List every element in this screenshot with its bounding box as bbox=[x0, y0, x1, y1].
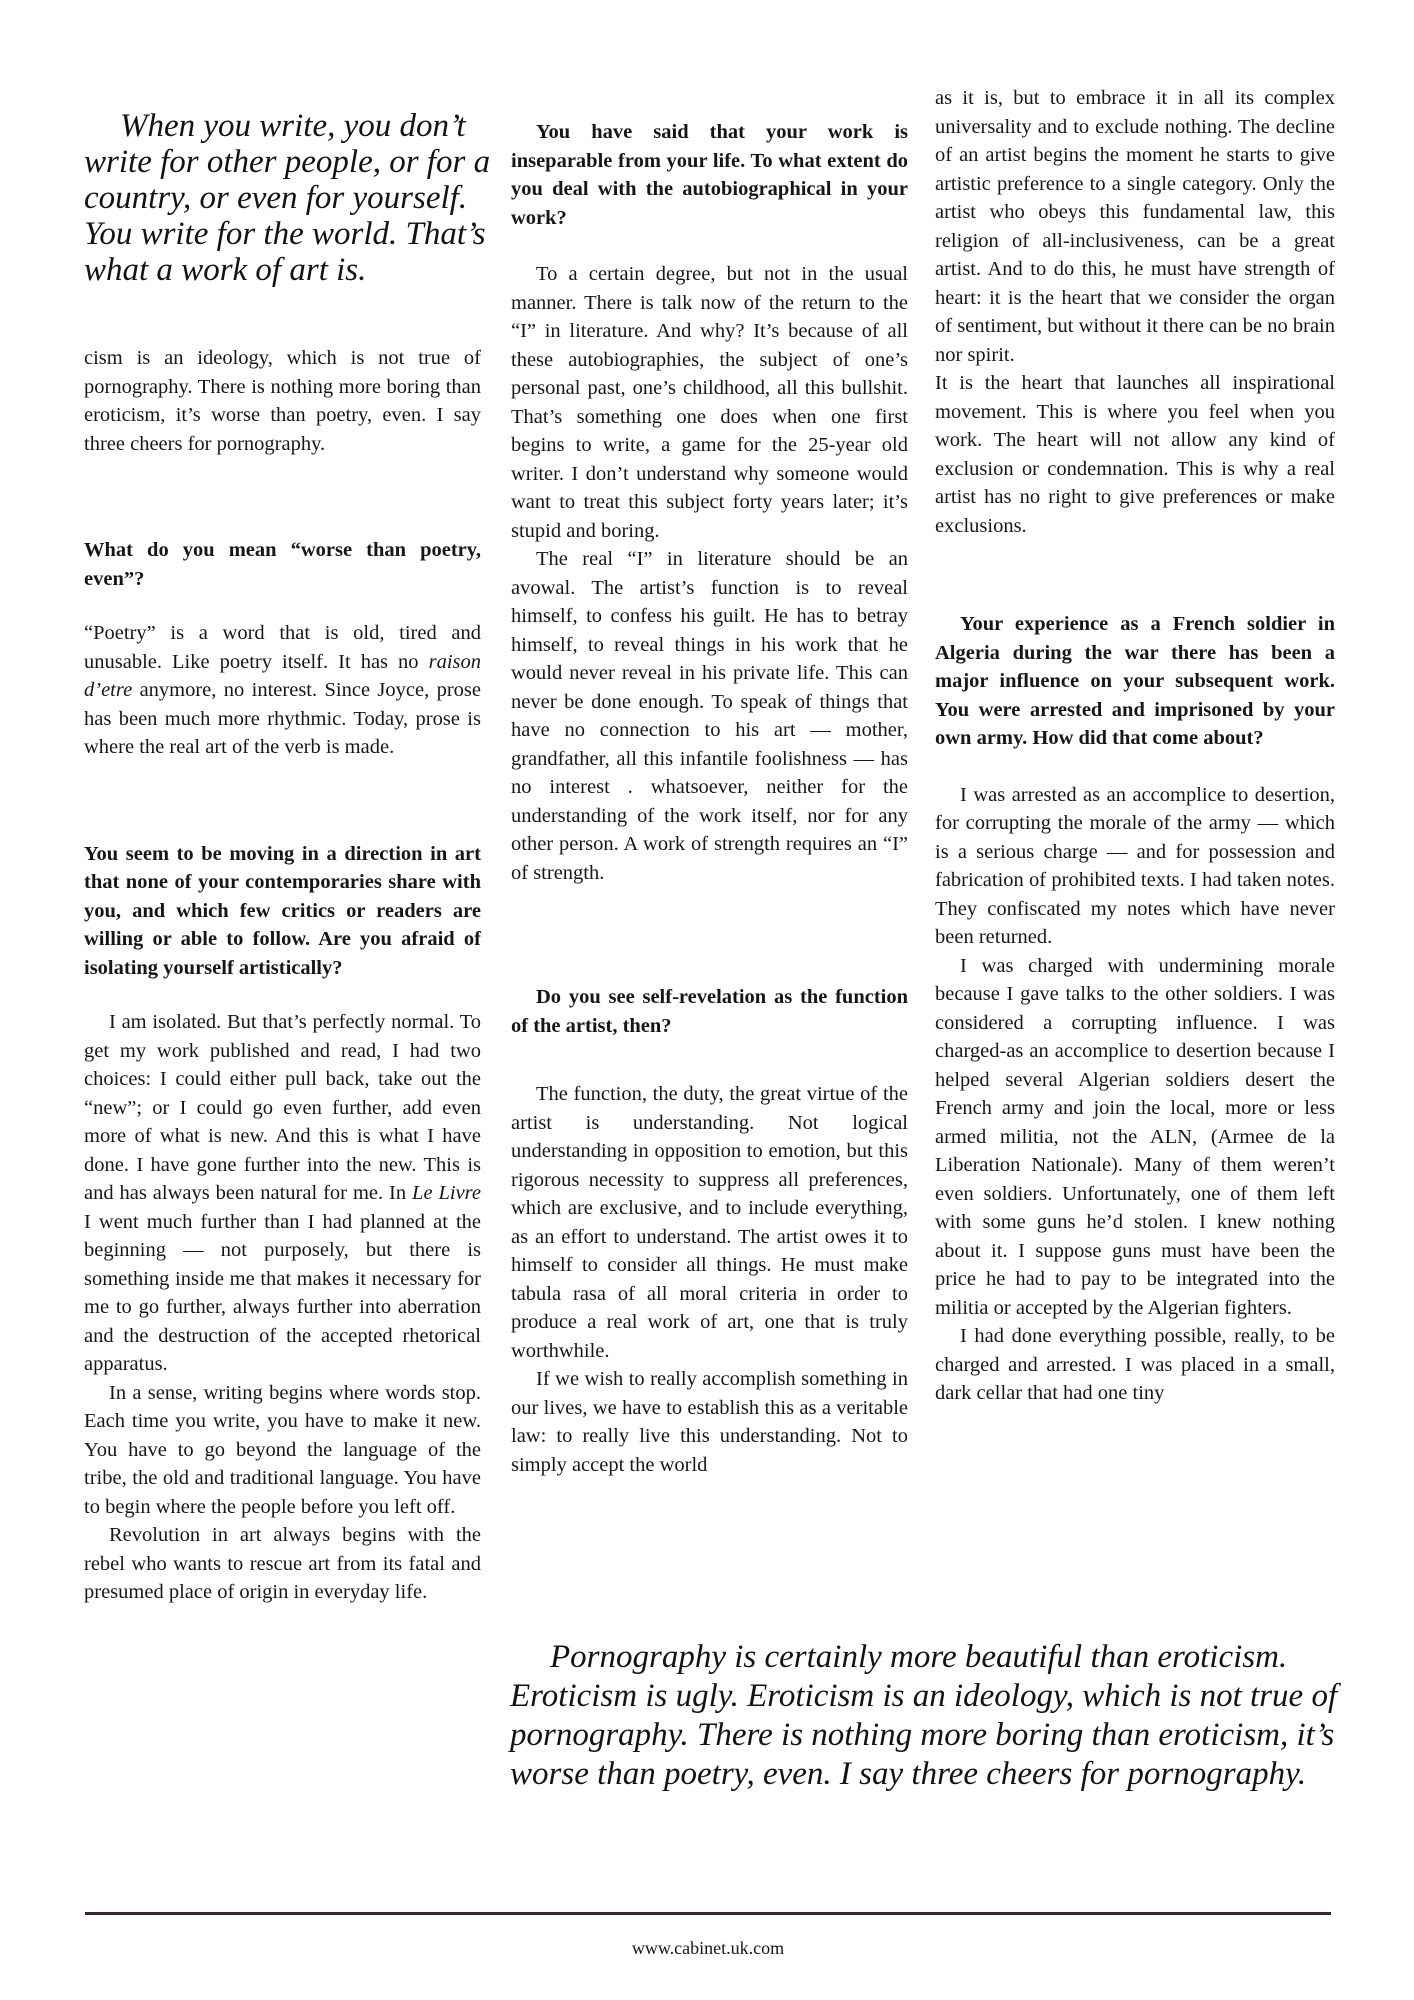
italic-phrase: Le Livre bbox=[412, 1182, 481, 1204]
column-left: cism is an ideology, which is not true o… bbox=[84, 344, 481, 1607]
column-right: as it is, but to embrace it in all its c… bbox=[935, 84, 1335, 1408]
magazine-page: When you write, you don’t write for othe… bbox=[0, 0, 1414, 2000]
footer-rule bbox=[85, 1912, 1331, 1915]
body-paragraph: as it is, but to embrace it in all its c… bbox=[935, 84, 1335, 369]
bottom-pull-quote-text: Pornography is certainly more beautiful … bbox=[510, 1638, 1342, 1794]
interview-question: You have said that your work is insepara… bbox=[511, 118, 908, 232]
answer-paragraph: “Poetry” is a word that is old, tired an… bbox=[84, 619, 481, 762]
body-paragraph: cism is an ideology, which is not true o… bbox=[84, 344, 481, 458]
answer-paragraph: In a sense, writing begins where words s… bbox=[84, 1379, 481, 1522]
answer-paragraph: Revolution in art always begins with the… bbox=[84, 1521, 481, 1607]
answer-paragraph: The function, the duty, the great virtue… bbox=[511, 1080, 908, 1365]
body-paragraph: It is the heart that launches all inspir… bbox=[935, 369, 1335, 540]
column-middle: You have said that your work is insepara… bbox=[511, 118, 908, 1479]
interview-question: You seem to be moving in a direction in … bbox=[84, 840, 481, 983]
bottom-pull-quote: Pornography is certainly more beautiful … bbox=[510, 1638, 1342, 1794]
answer-text: anymore, no interest. Since Joyce, prose… bbox=[84, 679, 481, 758]
answer-paragraph: To a certain degree, but not in the usua… bbox=[511, 260, 908, 545]
answer-paragraph: I was arrested as an accomplice to deser… bbox=[935, 781, 1335, 952]
top-pull-quote-text: When you write, you don’t write for othe… bbox=[84, 108, 494, 288]
answer-paragraph: I was charged with undermining morale be… bbox=[935, 952, 1335, 1323]
answer-paragraph: I am isolated. But that’s perfectly norm… bbox=[84, 1008, 481, 1379]
answer-paragraph: The real “I” in literature should be an … bbox=[511, 545, 908, 887]
answer-paragraph: If we wish to really accomplish somethin… bbox=[511, 1365, 908, 1479]
interview-question: Do you see self-revelation as the functi… bbox=[511, 983, 908, 1040]
interview-question: What do you mean “worse than poetry, eve… bbox=[84, 536, 481, 593]
answer-text: I am isolated. But that’s perfectly norm… bbox=[84, 1011, 481, 1204]
answer-text: I went much further than I had planned a… bbox=[84, 1211, 481, 1376]
footer-url: www.cabinet.uk.com bbox=[85, 1938, 1331, 1959]
top-pull-quote: When you write, you don’t write for othe… bbox=[84, 108, 494, 288]
answer-paragraph: I had done everything possible, really, … bbox=[935, 1322, 1335, 1408]
answer-text: “Poetry” is a word that is old, tired an… bbox=[84, 622, 481, 673]
interview-question: Your experience as a French soldier in A… bbox=[935, 610, 1335, 753]
